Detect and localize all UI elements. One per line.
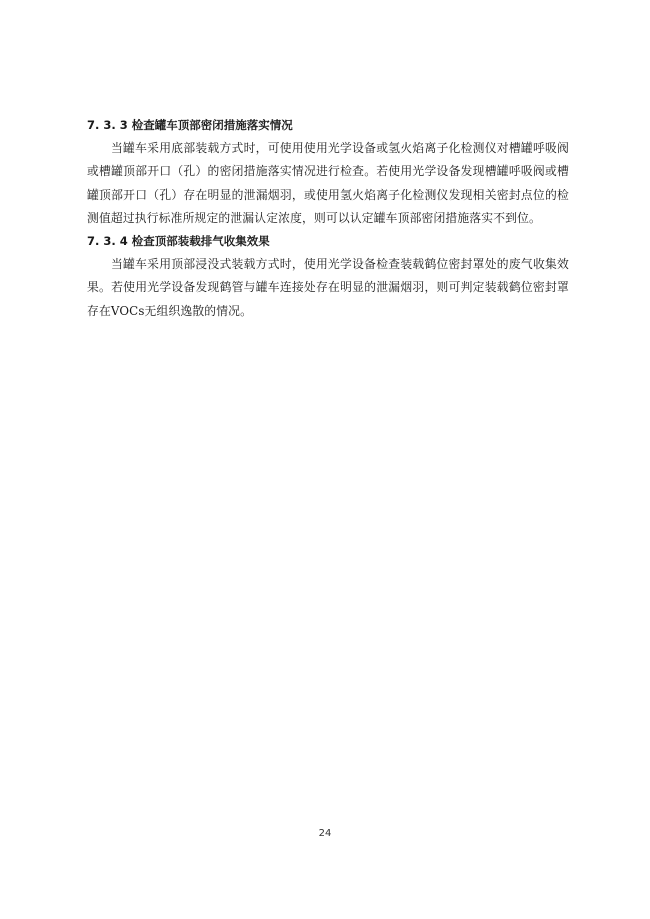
document-page: 7. 3. 3 检查罐车顶部密闭措施落实情况 当罐车采用底部装载方式时，可使用使… — [0, 0, 650, 919]
section-paragraph-7-3-4: 当罐车采用顶部浸没式装载方式时，使用光学设备检查装载鹤位密封罩处的废气收集效果。… — [87, 253, 569, 323]
section-heading-7-3-4: 7. 3. 4 检查顶部装载排气收集效果 — [87, 232, 569, 250]
page-number: 24 — [0, 828, 650, 839]
section-heading-7-3-3: 7. 3. 3 检查罐车顶部密闭措施落实情况 — [87, 116, 569, 134]
section-paragraph-7-3-3: 当罐车采用底部装载方式时，可使用使用光学设备或氢火焰离子化检测仪对槽罐呼吸阀或槽… — [87, 137, 569, 230]
page-content: 7. 3. 3 检查罐车顶部密闭措施落实情况 当罐车采用底部装载方式时，可使用使… — [87, 116, 569, 323]
